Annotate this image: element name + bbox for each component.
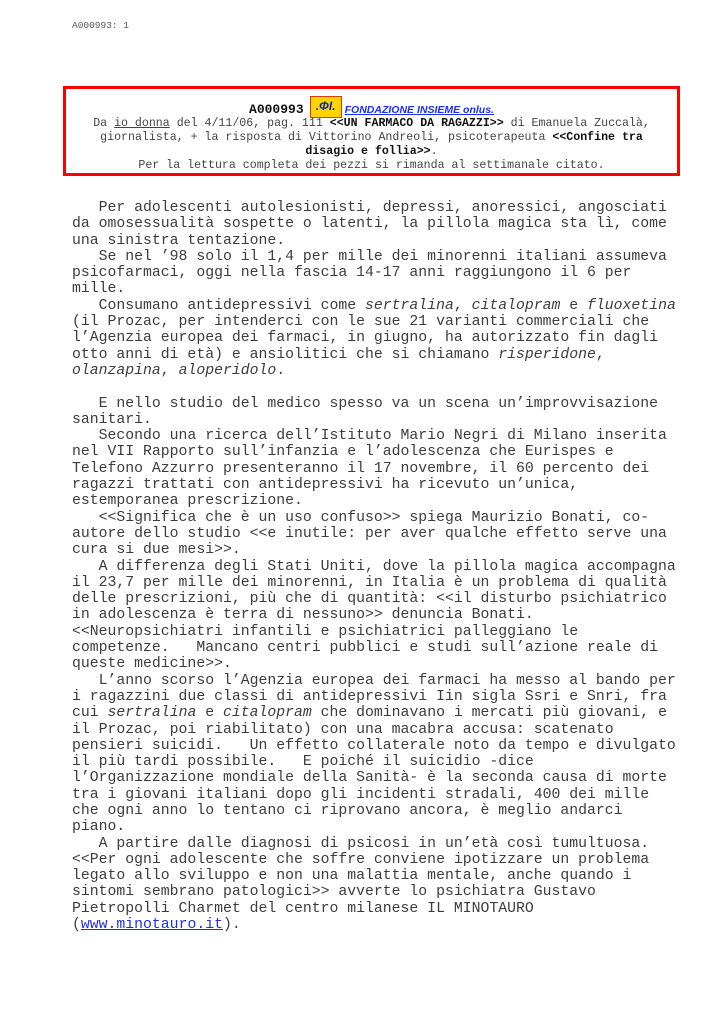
drug-name: olanzapina	[72, 363, 161, 379]
header-box: A000993.ΦI.FONDAZIONE INSIEME onlus. Da …	[63, 86, 680, 176]
reply-title-cont: disagio e follia>>	[305, 145, 430, 158]
text-line: <<Per ogni adolescente che soffre convie…	[72, 852, 712, 868]
text-line: il più tardi possibile. E poiché il suic…	[72, 754, 712, 770]
text-line: <<Significa che è un uso confuso>> spieg…	[72, 510, 712, 526]
text-line: piano.	[72, 819, 712, 835]
drug-name: citalopram	[472, 298, 561, 314]
text-line: (www.minotauro.it).	[72, 917, 712, 933]
text-line: E nello studio del medico spesso va un s…	[72, 396, 712, 412]
drug-name: citalopram	[223, 705, 312, 721]
header-note-line: Per la lettura completa dei pezzi si rim…	[66, 159, 677, 173]
fondazione-link[interactable]: FONDAZIONE INSIEME onlus.	[345, 104, 494, 116]
reply-title: <<Confine tra	[552, 131, 642, 144]
text-line: <<Neuropsichiatri infantili e psichiatri…	[72, 624, 712, 640]
text-line: in adolescenza è terra di nessuno>> denu…	[72, 607, 712, 623]
paragraph-2: Se nel ’98 solo il 1,4 per mille dei min…	[72, 249, 712, 298]
text-line: autore dello studio <<e inutile: per ave…	[72, 526, 712, 542]
paragraph-8: L’anno scorso l’Agenzia europea dei farm…	[72, 673, 712, 836]
text: ,	[596, 347, 605, 363]
header-reply-line: disagio e follia>>.	[66, 145, 677, 159]
paragraph-3: Consumano antidepressivi come sertralina…	[72, 298, 712, 379]
header-source-line: Da io donna del 4/11/06, pag. 111 <<UN F…	[66, 117, 677, 131]
text-line: Consumano antidepressivi come sertralina…	[72, 298, 712, 314]
drug-name: sertralina	[108, 705, 197, 721]
paragraph-gap	[72, 379, 712, 395]
paragraph-4: E nello studio del medico spesso va un s…	[72, 396, 712, 429]
drug-name: sertralina	[365, 298, 454, 314]
text: e	[560, 298, 587, 314]
text-line: pensieri suicidi. Un effetto collaterale…	[72, 738, 712, 754]
text: Consumano antidepressivi come	[72, 298, 365, 314]
text-line: il Prozac, poi riabilitato) con una maca…	[72, 722, 712, 738]
text-line: psicofarmaci, oggi nella fascia 14-17 an…	[72, 265, 712, 281]
text-line: sintomi sembrano patologici>> avverte lo…	[72, 884, 712, 900]
article-title: <<UN FARMACO DA RAGAZZI>>	[330, 117, 504, 130]
text-line: che ogni anno lo tentano ci riprovano an…	[72, 803, 712, 819]
paragraph-7: A differenza degli Stati Uniti, dove la …	[72, 559, 712, 673]
text-line: i ragazzini due classi di antidepressivi…	[72, 689, 712, 705]
page-id: A000993: 1	[72, 20, 129, 31]
text: cui	[72, 705, 108, 721]
text-line: competenze. Mancano centri pubblici e st…	[72, 640, 712, 656]
paragraph-1: Per adolescenti autolesionisti, depressi…	[72, 200, 712, 249]
text-line: mille.	[72, 281, 712, 297]
text-line: Se nel ’98 solo il 1,4 per mille dei min…	[72, 249, 712, 265]
text: e	[196, 705, 223, 721]
text-line: otto anni di età) e ansiolitici che si c…	[72, 347, 712, 363]
paragraph-5: Secondo una ricerca dell’Istituto Mario …	[72, 428, 712, 509]
text-line: ragazzi trattati con antidepressivi ha r…	[72, 477, 712, 493]
text-line: Secondo una ricerca dell’Istituto Mario …	[72, 428, 712, 444]
source-name: io donna	[114, 117, 170, 130]
text-line: l’Agenzia europea dei farmaci, in giugno…	[72, 330, 712, 346]
header-author-line: giornalista, + la risposta di Vittorino …	[66, 131, 677, 145]
text-line: da omosessualità sospette o latenti, la …	[72, 216, 712, 232]
text-line: legato allo sviluppo e non una malattia …	[72, 868, 712, 884]
paragraph-9: A partire dalle diagnosi di psicosi in u…	[72, 836, 712, 934]
paragraph-6: <<Significa che è un uso confuso>> spieg…	[72, 510, 712, 559]
text-line: (il Prozac, per intenderci con le sue 21…	[72, 314, 712, 330]
drug-name: risperidone	[498, 347, 596, 363]
text: che dominavano i mercati più giovani, e	[312, 705, 667, 721]
text: .	[276, 363, 285, 379]
text-line: olanzapina, aloperidolo.	[72, 363, 712, 379]
text: ).	[223, 917, 241, 933]
text-line: una sinistra tentazione.	[72, 233, 712, 249]
text-line: A partire dalle diagnosi di psicosi in u…	[72, 836, 712, 852]
text-line: il 23,7 per mille dei minorenni, in Ital…	[72, 575, 712, 591]
text-line: delle prescrizioni, più che di quantità:…	[72, 591, 712, 607]
text: ,	[454, 298, 472, 314]
drug-name: fluoxetina	[587, 298, 676, 314]
text-line: nel VII Rapporto sull’infanzia e l’adole…	[72, 444, 712, 460]
document-code: A000993	[249, 102, 304, 117]
text-line: L’anno scorso l’Agenzia europea dei farm…	[72, 673, 712, 689]
text-line: l’Organizzazione mondiale della Sanità- …	[72, 770, 712, 786]
text: .	[431, 145, 438, 158]
text: giornalista, + la risposta di Vittorino …	[100, 131, 552, 144]
text: Da	[93, 117, 114, 130]
text-line: Per adolescenti autolesionisti, depressi…	[72, 200, 712, 216]
fondazione-logo-icon[interactable]: .ΦI.	[310, 96, 342, 118]
text-line: cura si due mesi>>.	[72, 542, 712, 558]
text: di Emanuela Zuccalà,	[504, 117, 650, 130]
text-line: queste medicine>>.	[72, 656, 712, 672]
drug-name: aloperidolo	[179, 363, 277, 379]
text: del 4/11/06, pag. 111	[170, 117, 330, 130]
text-line: Telefono Azzurro presenteranno il 17 nov…	[72, 461, 712, 477]
text: (	[72, 917, 81, 933]
text-line: A differenza degli Stati Uniti, dove la …	[72, 559, 712, 575]
text-line: Pietropolli Charmet del centro milanese …	[72, 901, 712, 917]
article-body: Per adolescenti autolesionisti, depressi…	[72, 200, 712, 933]
text-line: cui sertralina e citalopram che dominava…	[72, 705, 712, 721]
minotauro-link[interactable]: www.minotauro.it	[81, 917, 223, 933]
text: otto anni di età) e ansiolitici che si c…	[72, 347, 498, 363]
text-line: sanitari.	[72, 412, 712, 428]
text-line: estemporanea prescrizione.	[72, 493, 712, 509]
text: ,	[161, 363, 179, 379]
text-line: tra i giovani italiani dopo gli incident…	[72, 787, 712, 803]
